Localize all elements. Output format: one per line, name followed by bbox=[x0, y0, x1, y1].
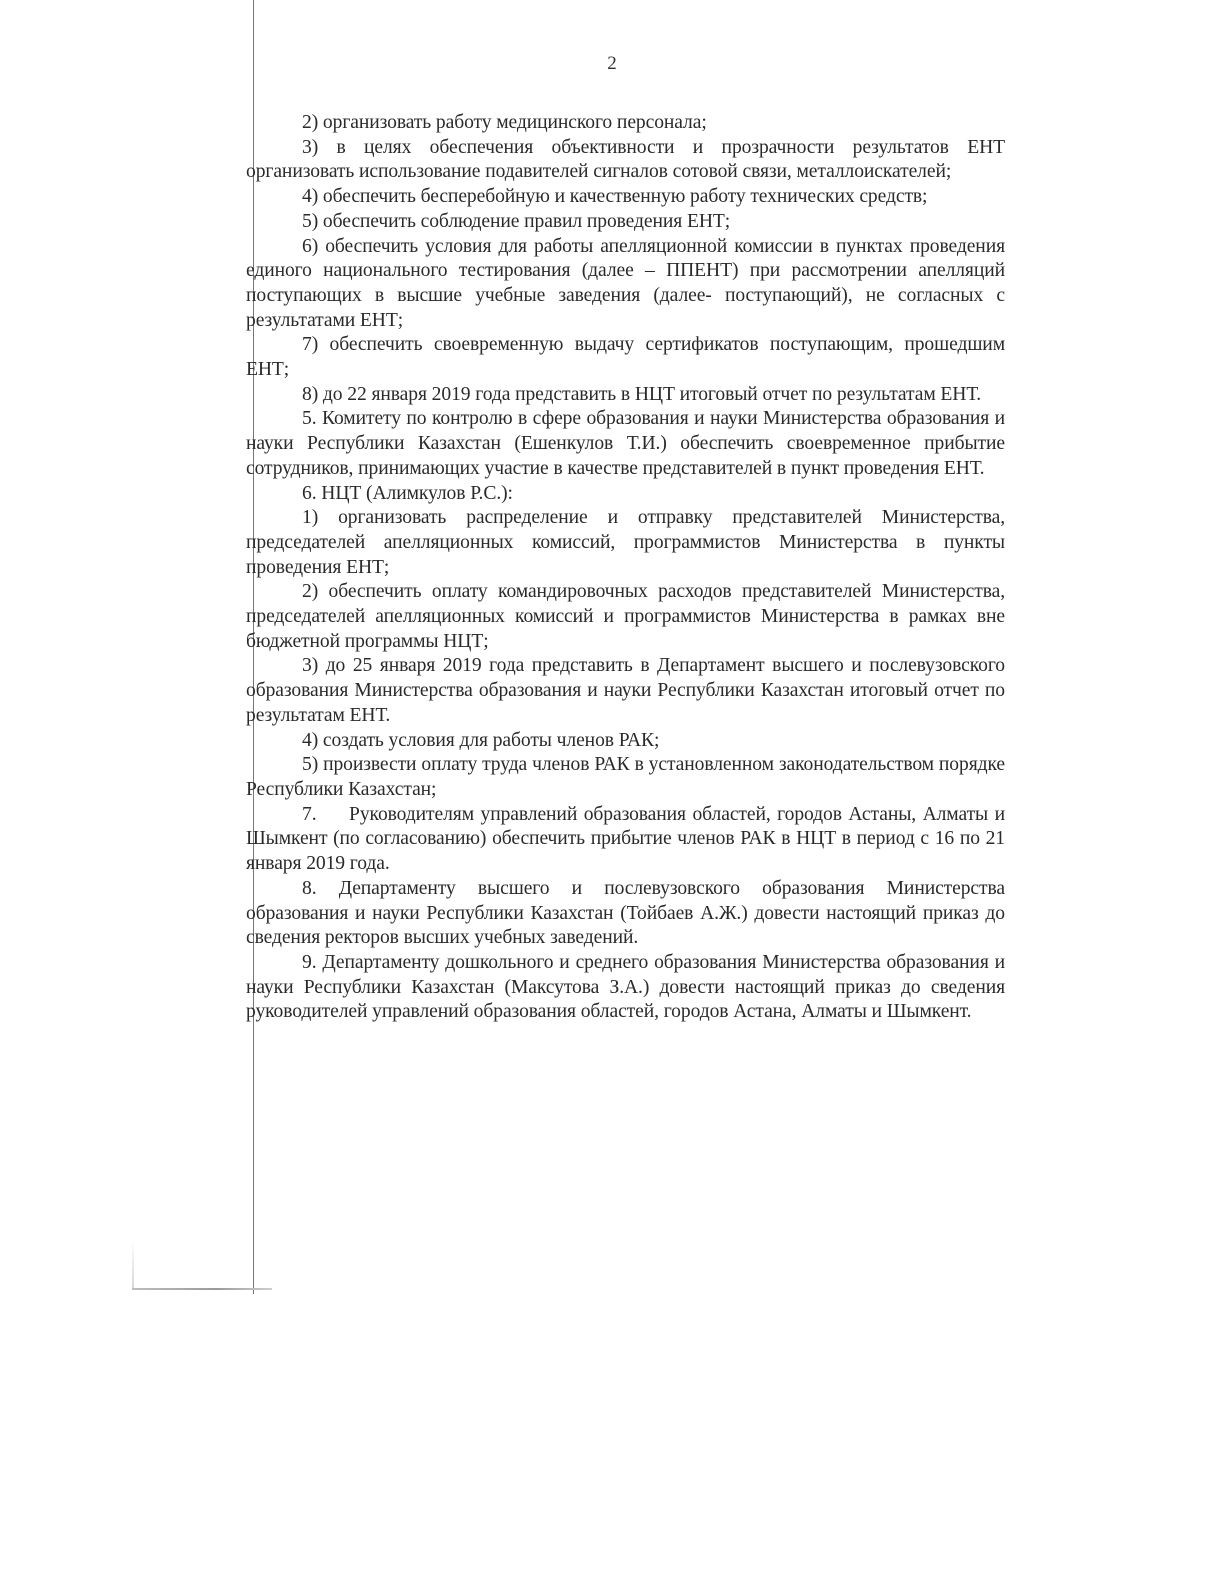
document-page: 2 2) организовать работу медицинского пе… bbox=[0, 0, 1224, 1584]
paragraph-item-4: 4) обеспечить бесперебойную и качественн… bbox=[246, 185, 1005, 210]
paragraph-item-3: 3) в целях обеспечения объективности и п… bbox=[246, 136, 1005, 185]
paragraph-section-7: 7. Руководителям управлений образования … bbox=[246, 803, 1005, 877]
paragraph-section-6-item-4: 4) создать условия для работы членов РАК… bbox=[246, 729, 1005, 754]
paragraph-section-8: 8. Департаменту высшего и послевузовског… bbox=[246, 877, 1005, 951]
paragraph-item-7: 7) обеспечить своевременную выдачу серти… bbox=[246, 333, 1005, 382]
scan-bottom-edge-line bbox=[132, 1288, 272, 1290]
paragraph-item-2: 2) организовать работу медицинского перс… bbox=[246, 111, 1005, 136]
document-body: 2) организовать работу медицинского перс… bbox=[246, 111, 1005, 1025]
paragraph-item-8: 8) до 22 января 2019 года представить в … bbox=[246, 383, 1005, 408]
paragraph-section-6-item-2: 2) обеспечить оплату командировочных рас… bbox=[246, 580, 1005, 654]
paragraph-section-6-item-3: 3) до 25 января 2019 года представить в … bbox=[246, 654, 1005, 728]
paragraph-item-5: 5) обеспечить соблюдение правил проведен… bbox=[246, 210, 1005, 235]
scan-edge-shadow bbox=[132, 1240, 134, 1290]
paragraph-item-6: 6) обеспечить условия для работы апелляц… bbox=[246, 235, 1005, 334]
page-number: 2 bbox=[0, 53, 1224, 75]
paragraph-section-6-item-1: 1) организовать распределение и отправку… bbox=[246, 506, 1005, 580]
paragraph-section-5: 5. Комитету по контролю в сфере образова… bbox=[246, 407, 1005, 481]
paragraph-section-9: 9. Департаменту дошкольного и среднего о… bbox=[246, 951, 1005, 1025]
paragraph-section-6: 6. НЦТ (Алимкулов Р.С.): bbox=[246, 482, 1005, 507]
paragraph-section-6-item-5: 5) произвести оплату труда членов РАК в … bbox=[246, 753, 1005, 802]
